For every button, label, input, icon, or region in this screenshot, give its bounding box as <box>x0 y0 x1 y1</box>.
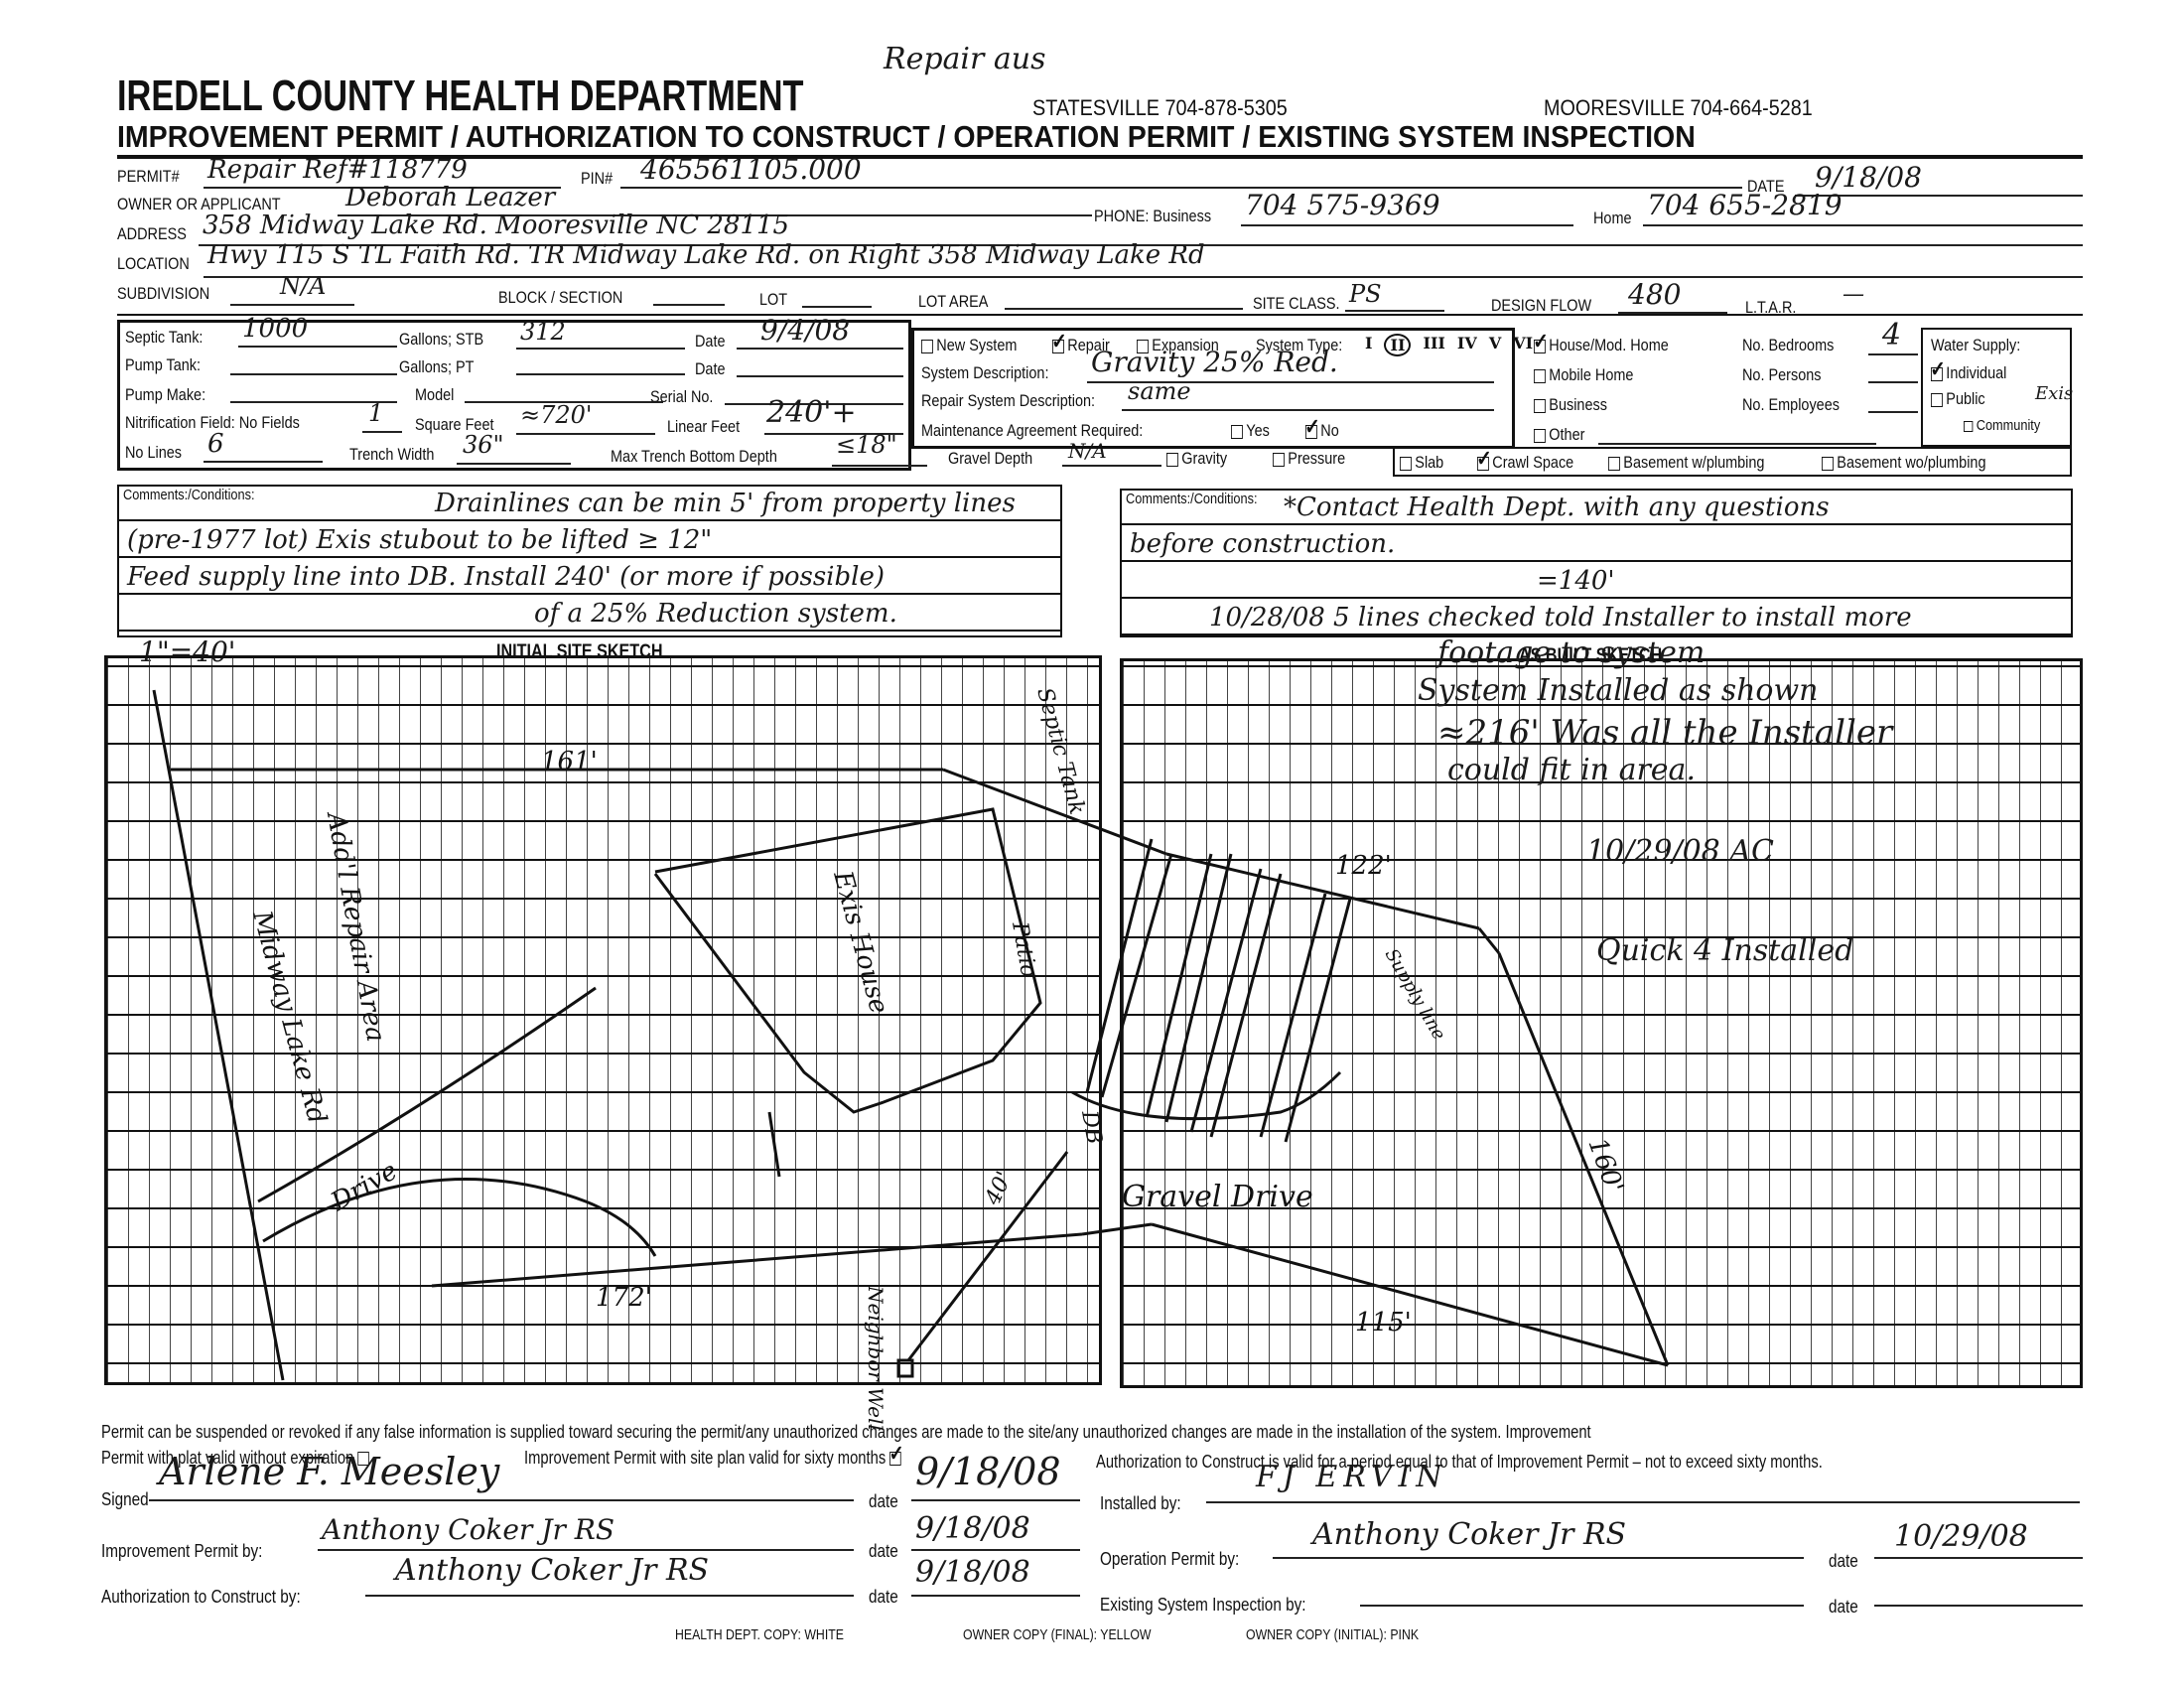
maintenance-no-option[interactable]: No <box>1305 421 1339 441</box>
septic-tank-label: Septic Tank: <box>125 328 203 348</box>
house-option[interactable]: House/Mod. Home <box>1534 336 1669 355</box>
installed-by-value: FJ ERVIN <box>1256 1460 1448 1494</box>
improvement-date-field[interactable]: 9/18/08 <box>911 1521 1080 1551</box>
address-value: 358 Midway Lake Rd. Mooresville NC 28115 <box>203 211 789 240</box>
location-label: LOCATION <box>117 254 190 274</box>
authorization-date-value: 9/18/08 <box>915 1555 1030 1590</box>
septic-tank-field[interactable]: 1000 <box>238 320 397 348</box>
address-label: ADDRESS <box>117 224 187 244</box>
repair-description-value: same <box>1128 377 1191 405</box>
repair-checkbox[interactable] <box>1052 340 1064 353</box>
operation-by-value: Anthony Coker Jr RS <box>1312 1517 1626 1552</box>
new-system-label: New System <box>936 336 1017 354</box>
improvement-by-label: Improvement Permit by: <box>101 1541 262 1562</box>
square-feet-field[interactable]: ≈720' <box>516 407 655 435</box>
bedrooms-label: No. Bedrooms <box>1742 336 1834 355</box>
basement-w-option[interactable]: Basement w/plumbing <box>1608 453 1764 473</box>
improvement-date-value: 9/18/08 <box>915 1511 1030 1546</box>
bedrooms-field[interactable]: 4 <box>1868 328 1918 355</box>
initial-sketch-grid[interactable] <box>104 655 1102 1385</box>
copy-yellow: OWNER COPY (FINAL): YELLOW <box>963 1626 1152 1643</box>
crawl-space-label: Crawl Space <box>1492 453 1573 472</box>
pump-tank-field[interactable] <box>230 350 397 375</box>
existing-by-field[interactable] <box>1360 1579 1804 1607</box>
other-checkbox[interactable] <box>1534 429 1546 443</box>
site-plan-checkbox[interactable] <box>889 1452 900 1466</box>
as-built-note: 10/29/08 AC <box>1586 834 1774 869</box>
comment-line: of a 25% Reduction system. <box>117 595 1062 632</box>
pressure-checkbox[interactable] <box>1273 453 1285 467</box>
ltar-value: — <box>1843 282 1864 307</box>
house-checkbox[interactable] <box>1534 340 1546 353</box>
pressure-label: Pressure <box>1288 449 1345 468</box>
max-depth-value: ≤18" <box>836 431 897 459</box>
as-built-note: could fit in area. <box>1447 753 1696 787</box>
no-lines-label: No Lines <box>125 443 182 463</box>
linear-feet-label: Linear Feet <box>667 417 740 437</box>
site-plan-option[interactable]: Improvement Permit with site plan valid … <box>524 1448 904 1469</box>
date1-field[interactable]: 9/4/08 <box>737 322 903 350</box>
basement-w-label: Basement w/plumbing <box>1623 453 1764 472</box>
repair-description-field[interactable]: same <box>1122 383 1494 411</box>
existing-date-label: date <box>1829 1597 1858 1618</box>
authorization-by-value: Anthony Coker Jr RS <box>395 1553 709 1588</box>
public-label: Public <box>1946 389 1984 408</box>
repair-description-label: Repair System Description: <box>921 391 1095 411</box>
subdivision-field[interactable]: N/A <box>230 276 354 306</box>
signed-date-label: date <box>869 1491 898 1512</box>
maintenance-no-checkbox[interactable] <box>1305 425 1317 439</box>
comment-line: Feed supply line into DB. Install 240' (… <box>117 558 1062 595</box>
pressure-option[interactable]: Pressure <box>1273 449 1345 469</box>
ltar-field[interactable]: — <box>1829 288 2083 316</box>
no-lines-value: 6 <box>207 429 224 459</box>
business-option[interactable]: Business <box>1534 395 1607 415</box>
no-lines-field[interactable]: 6 <box>204 435 323 463</box>
comment-line: 10/28/08 5 lines checked told Installer … <box>1120 599 2073 635</box>
community-option[interactable]: Community <box>1964 417 2040 434</box>
department-title: IREDELL COUNTY HEALTH DEPARTMENT <box>117 71 803 121</box>
other-option[interactable]: Other <box>1534 425 1584 445</box>
authorization-date-label: date <box>869 1587 898 1608</box>
pin-label: PIN# <box>581 169 613 189</box>
location-field[interactable]: Hwy 115 S TL Faith Rd. TR Midway Lake Rd… <box>204 248 2083 278</box>
as-built-note: System Installed as shown <box>1418 673 1818 708</box>
improvement-date-label: date <box>869 1541 898 1562</box>
subdivision-label: SUBDIVISION <box>117 284 209 304</box>
slab-label: Slab <box>1415 453 1443 472</box>
signed-field[interactable]: Arlene F. Meesley <box>149 1468 854 1501</box>
operation-by-field[interactable]: Anthony Coker Jr RS <box>1273 1529 1804 1559</box>
employees-field[interactable] <box>1868 387 1918 413</box>
operation-by-label: Operation Permit by: <box>1100 1549 1239 1570</box>
crawl-space-option[interactable]: Crawl Space <box>1477 453 1573 473</box>
comment-line: *Contact Health Dept. with any questions <box>1120 489 2073 525</box>
maintenance-yes-option[interactable]: Yes <box>1231 421 1270 441</box>
persons-label: No. Persons <box>1742 365 1822 385</box>
signed-date-value: 9/18/08 <box>915 1450 1061 1493</box>
block-label: BLOCK / SECTION <box>498 288 622 308</box>
as-built-note: Quick 4 Installed <box>1596 933 1853 968</box>
comment-line: =140' <box>1120 562 2073 599</box>
pt-field[interactable] <box>516 350 685 375</box>
date1-label: Date <box>695 332 726 352</box>
house-label: House/Mod. Home <box>1549 336 1668 354</box>
site-class-value: PS <box>1349 280 1382 308</box>
row-rule <box>117 314 2083 316</box>
persons-field[interactable] <box>1868 357 1918 383</box>
pump-make-label: Pump Make: <box>125 385 205 405</box>
installed-by-label: Installed by: <box>1100 1493 1181 1514</box>
location-value: Hwy 115 S TL Faith Rd. TR Midway Lake Rd… <box>207 240 1205 270</box>
maintenance-yes-label: Yes <box>1246 421 1270 440</box>
disclaimer-text: Permit can be suspended or revoked if an… <box>101 1422 1591 1443</box>
individual-option[interactable]: Individual <box>1931 363 2006 383</box>
serial-label: Serial No. <box>650 387 713 407</box>
design-flow-label: DESIGN FLOW <box>1491 296 1591 316</box>
business-label: Business <box>1549 395 1607 414</box>
model-label: Model <box>415 385 454 405</box>
operation-date-value: 10/29/08 <box>1894 1519 2028 1554</box>
maintenance-label: Maintenance Agreement Required: <box>921 421 1143 441</box>
copy-pink: OWNER COPY (INITIAL): PINK <box>1246 1626 1419 1643</box>
maintenance-no-label: No <box>1320 421 1338 440</box>
authorization-date-field[interactable]: 9/18/08 <box>911 1565 1080 1597</box>
owner-value: Deborah Leazer <box>345 183 555 212</box>
existing-date-field[interactable] <box>1874 1579 2083 1607</box>
trench-width-field[interactable]: 36" <box>457 437 571 465</box>
new-system-option[interactable]: New System <box>921 336 1017 355</box>
lot-field[interactable] <box>802 280 872 308</box>
stb-value: 312 <box>520 318 566 346</box>
permit-value: Repair Ref#118779 <box>207 155 468 185</box>
public-note: Exis <box>2035 383 2073 404</box>
system-type-vi[interactable]: VI <box>1513 334 1533 356</box>
as-built-note: footage to system <box>1437 635 1705 670</box>
signed-date-field[interactable]: 9/18/08 <box>911 1468 1080 1501</box>
mobile-home-label: Mobile Home <box>1549 365 1633 384</box>
gravity-option[interactable]: Gravity <box>1166 449 1227 469</box>
subdivision-value: N/A <box>280 272 326 300</box>
authorization-by-label: Authorization to Construct by: <box>101 1587 301 1608</box>
business-checkbox[interactable] <box>1534 399 1546 413</box>
slab-option[interactable]: Slab <box>1400 453 1443 473</box>
pump-tank-label: Pump Tank: <box>125 355 201 375</box>
mooresville-phone: MOORESVILLE 704-664-5281 <box>1544 95 1813 121</box>
block-field[interactable] <box>653 278 725 306</box>
basement-wo-option[interactable]: Basement wo/plumbing <box>1822 453 1986 473</box>
design-flow-field[interactable]: 480 <box>1618 286 1727 314</box>
form-title: IMPROVEMENT PERMIT / AUTHORIZATION TO CO… <box>117 119 1696 155</box>
individual-label: Individual <box>1946 363 2006 382</box>
community-label: Community <box>1977 417 2040 434</box>
improvement-by-field[interactable]: Anthony Coker Jr RS <box>318 1521 854 1551</box>
mobile-home-option[interactable]: Mobile Home <box>1534 365 1633 385</box>
authorization-by-field[interactable]: Anthony Coker Jr RS <box>365 1565 854 1597</box>
square-feet-value: ≈720' <box>520 401 593 429</box>
slab-checkbox[interactable] <box>1400 457 1412 471</box>
copy-white: HEALTH DEPT. COPY: WHITE <box>675 1626 844 1643</box>
system-description-value: Gravity 25% Red. <box>1091 346 1338 378</box>
maintenance-yes-checkbox[interactable] <box>1231 425 1243 439</box>
signed-label: Signed <box>101 1489 149 1510</box>
crawl-space-checkbox[interactable] <box>1477 457 1489 471</box>
public-option[interactable]: Public <box>1931 389 1985 409</box>
site-class-label: SITE CLASS. <box>1253 294 1340 314</box>
operation-date-label: date <box>1829 1551 1858 1572</box>
comment-line: before construction. <box>1120 525 2073 562</box>
basement-w-checkbox[interactable] <box>1608 457 1620 471</box>
new-system-checkbox[interactable] <box>921 340 933 353</box>
lot-area-label: LOT AREA <box>918 292 988 312</box>
lot-area-field[interactable] <box>1005 282 1243 310</box>
existing-by-label: Existing System Inspection by: <box>1100 1595 1305 1616</box>
signed-value: Arlene F. Meesley <box>159 1450 499 1493</box>
individual-checkbox[interactable] <box>1931 367 1943 381</box>
trench-width-label: Trench Width <box>349 445 434 465</box>
installed-by-field[interactable]: FJ ERVIN <box>1206 1476 2080 1503</box>
site-plan-label: Improvement Permit with site plan valid … <box>524 1448 886 1468</box>
bedrooms-value: 4 <box>1882 318 1901 352</box>
employees-label: No. Employees <box>1742 395 1840 415</box>
linear-feet-value: 240'+ <box>766 395 857 430</box>
septic-tank-value: 1000 <box>242 314 308 344</box>
repair-annotation: Repair aus <box>884 42 1046 76</box>
gravel-depth-label: Gravel Depth <box>948 449 1032 469</box>
date2-field[interactable] <box>737 352 903 377</box>
other-field[interactable] <box>1598 421 1876 445</box>
pin-field[interactable]: 465561105.000 <box>620 159 1742 189</box>
community-checkbox[interactable] <box>1964 421 1973 432</box>
gravity-label: Gravity <box>1181 449 1227 468</box>
site-class-field[interactable]: PS <box>1345 284 1444 312</box>
model-field[interactable] <box>465 377 663 403</box>
trench-width-value: 36" <box>463 431 504 459</box>
basement-wo-checkbox[interactable] <box>1822 457 1834 471</box>
system-description-label: System Description: <box>921 363 1048 383</box>
fields-value: 1 <box>368 399 383 427</box>
stb-field[interactable]: 312 <box>516 322 685 350</box>
as-built-note: ≈216' Was all the Installer <box>1437 713 1892 753</box>
gallons-pt-label: Gallons; PT <box>399 357 474 377</box>
public-checkbox[interactable] <box>1931 393 1943 407</box>
fields-field[interactable]: 1 <box>362 405 402 433</box>
operation-date-field[interactable]: 10/29/08 <box>1874 1529 2083 1559</box>
design-flow-value: 480 <box>1628 278 1681 311</box>
max-depth-label: Max Trench Bottom Depth <box>611 447 777 467</box>
gallons-stb-label: Gallons; STB <box>399 330 483 350</box>
lot-label: LOT <box>759 290 787 310</box>
date2-label: Date <box>695 359 726 379</box>
comment-line: (pre-1977 lot) Exis stubout to be lifted… <box>117 521 1062 558</box>
other-label: Other <box>1549 425 1584 444</box>
comment-line: Drainlines can be min 5' from property l… <box>117 485 1062 521</box>
improvement-by-value: Anthony Coker Jr RS <box>322 1513 614 1546</box>
date1-value: 9/4/08 <box>760 314 850 347</box>
gravity-checkbox[interactable] <box>1166 453 1178 467</box>
statesville-phone: STATESVILLE 704-878-5305 <box>1032 95 1288 121</box>
mobile-home-checkbox[interactable] <box>1534 369 1546 383</box>
permit-label: PERMIT# <box>117 167 180 187</box>
basement-wo-label: Basement wo/plumbing <box>1837 453 1985 472</box>
authorization-note: Authorization to Construct is valid for … <box>1096 1452 1823 1473</box>
water-supply-label: Water Supply: <box>1931 336 2020 355</box>
pin-value: 465561105.000 <box>640 153 862 186</box>
